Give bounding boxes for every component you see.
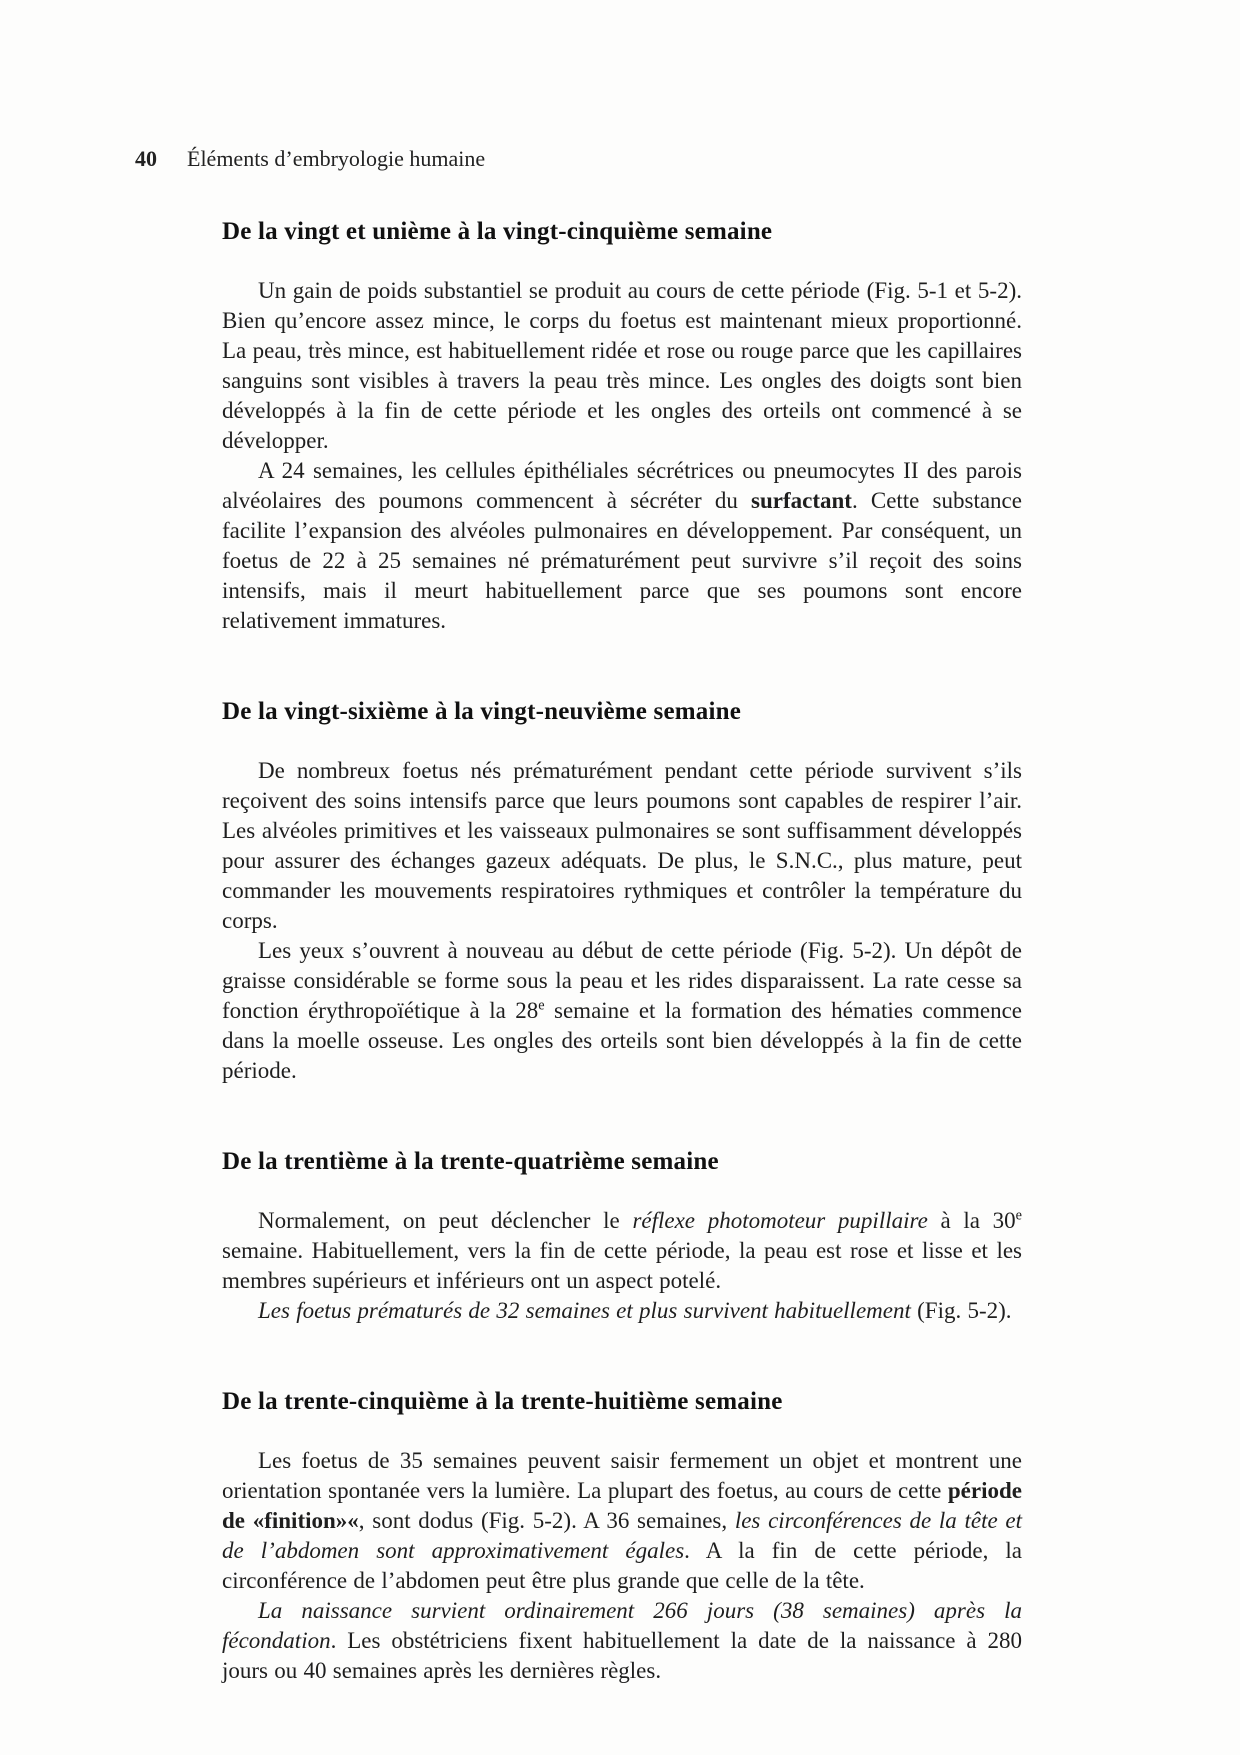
paragraph: Les foetus prématurés de 32 semaines et … bbox=[222, 1296, 1022, 1326]
page-number: 40 bbox=[135, 146, 157, 171]
page-header: 40Éléments d’embryologie humaine bbox=[135, 146, 485, 172]
paragraph: Normalement, on peut déclencher le réfle… bbox=[222, 1206, 1022, 1296]
paragraph: Un gain de poids substantiel se produit … bbox=[222, 276, 1022, 456]
paragraph: La naissance survient ordinairement 266 … bbox=[222, 1596, 1022, 1686]
section-semaine-26-29: De la vingt-sixième à la vingt-neuvième … bbox=[222, 698, 1022, 1086]
paragraph: Les foetus de 35 semaines peuvent saisir… bbox=[222, 1446, 1022, 1596]
paragraph: A 24 semaines, les cellules épithéliales… bbox=[222, 456, 1022, 636]
section-semaine-35-38: De la trente-cinquième à la trente-huiti… bbox=[222, 1388, 1022, 1686]
section-semaine-21-25: De la vingt et unième à la vingt-cinquiè… bbox=[222, 218, 1022, 636]
book-page: 40Éléments d’embryologie humaine De la v… bbox=[0, 0, 1240, 1755]
section-semaine-30-34: De la trentième à la trente-quatrième se… bbox=[222, 1148, 1022, 1326]
running-head-title: Éléments d’embryologie humaine bbox=[187, 146, 485, 171]
section-heading: De la trente-cinquième à la trente-huiti… bbox=[222, 1388, 1022, 1416]
section-heading: De la vingt et unième à la vingt-cinquiè… bbox=[222, 218, 1022, 246]
section-heading: De la trentième à la trente-quatrième se… bbox=[222, 1148, 1022, 1176]
paragraph: Les yeux s’ouvrent à nouveau au début de… bbox=[222, 936, 1022, 1086]
page-content: De la vingt et unième à la vingt-cinquiè… bbox=[222, 218, 1022, 1686]
paragraph: De nombreux foetus nés prématurément pen… bbox=[222, 756, 1022, 936]
section-heading: De la vingt-sixième à la vingt-neuvième … bbox=[222, 698, 1022, 726]
